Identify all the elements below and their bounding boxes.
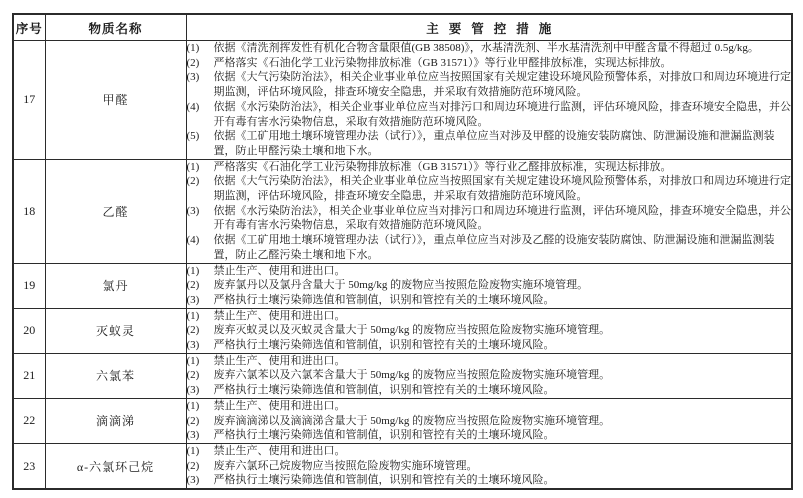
table-row: 20 灭蚁灵 (1) 禁止生产、使用和进出口。 (2) 废弃灭蚁灵以及灭蚁灵含量…	[13, 308, 792, 353]
measure-number: (2)	[187, 414, 214, 429]
measure-text: 依据《清洗剂挥发性有机化合物含量限值(GB 38508)》，水基清洗剂、半水基清…	[214, 41, 792, 56]
col-header-substance: 物质名称	[45, 14, 186, 41]
measure-item: (4) 依据《工矿用地土壤环境管理办法（试行）》，重点单位应当对涉及乙醛的设施安…	[187, 233, 792, 262]
measure-number: (3)	[187, 338, 214, 353]
measure-text: 废弃滴滴涕以及滴滴涕含量大于 50mg/kg 的废物应当按照危险废物实施环境管理…	[214, 414, 792, 429]
measure-text: 依据《水污染防治法》，相关企业事业单位应当对排污口和周边环境进行监测，评估环境风…	[214, 204, 792, 233]
measure-number: (3)	[187, 383, 214, 398]
measures-list: (1) 禁止生产、使用和进出口。 (2) 废弃氯丹以及氯丹含量大于 50mg/k…	[187, 264, 792, 308]
measures-cell: (1) 依据《清洗剂挥发性有机化合物含量限值(GB 38508)》，水基清洗剂、…	[186, 41, 792, 160]
table-row: 21 六氯苯 (1) 禁止生产、使用和进出口。 (2) 废弃六氯苯以及六氯苯含量…	[13, 353, 792, 398]
measure-text: 废弃灭蚁灵以及灭蚁灵含量大于 50mg/kg 的废物应当按照危险废物实施环境管理…	[214, 323, 792, 338]
measure-item: (3) 严格执行土壤污染筛选值和管制值，识别和管控有关的土壤环境风险。	[187, 428, 792, 443]
measure-text: 禁止生产、使用和进出口。	[214, 399, 792, 414]
measure-item: (1) 禁止生产、使用和进出口。	[187, 264, 792, 279]
measure-text: 废弃六氯苯以及六氯苯含量大于 50mg/kg 的废物应当按照危险废物实施环境管理…	[214, 368, 792, 383]
measure-text: 废弃六氯环己烷废物应当按照危险废物实施环境管理。	[214, 459, 792, 474]
measures-list: (1) 禁止生产、使用和进出口。 (2) 废弃灭蚁灵以及灭蚁灵含量大于 50mg…	[187, 309, 792, 353]
measure-item: (2) 废弃六氯苯以及六氯苯含量大于 50mg/kg 的废物应当按照危险废物实施…	[187, 368, 792, 383]
table-row: 23 α-六氯环己烷 (1) 禁止生产、使用和进出口。 (2) 废弃六氯环己烷废…	[13, 443, 792, 489]
measure-number: (1)	[187, 444, 214, 459]
measure-number: (4)	[187, 100, 214, 115]
measure-item: (1) 禁止生产、使用和进出口。	[187, 444, 792, 459]
measures-list: (1) 禁止生产、使用和进出口。 (2) 废弃六氯环己烷废物应当按照危险废物实施…	[187, 444, 792, 488]
measure-number: (2)	[187, 368, 214, 383]
row-index: 19	[13, 263, 45, 308]
measures-cell: (1) 禁止生产、使用和进出口。 (2) 废弃灭蚁灵以及灭蚁灵含量大于 50mg…	[186, 308, 792, 353]
measures-cell: (1) 禁止生产、使用和进出口。 (2) 废弃滴滴涕以及滴滴涕含量大于 50mg…	[186, 398, 792, 443]
measure-item: (3) 严格执行土壤污染筛选值和管制值，识别和管控有关的土壤环境风险。	[187, 338, 792, 353]
measure-text: 依据《工矿用地土壤环境管理办法（试行）》，重点单位应当对涉及乙醛的设施安装防腐蚀…	[214, 233, 792, 262]
measure-text: 严格执行土壤污染筛选值和管制值，识别和管控有关的土壤环境风险。	[214, 338, 792, 353]
measure-text: 依据《水污染防治法》，相关企业事业单位应当对排污口和周边环境进行监测，评估环境风…	[214, 100, 792, 129]
measure-item: (3) 依据《水污染防治法》，相关企业事业单位应当对排污口和周边环境进行监测，评…	[187, 204, 792, 233]
measure-number: (3)	[187, 473, 214, 488]
measure-item: (3) 依据《大气污染防治法》，相关企业事业单位应当按照国家有关规定建设环境风险…	[187, 70, 792, 99]
measure-text: 严格执行土壤污染筛选值和管制值，识别和管控有关的土壤环境风险。	[214, 428, 792, 443]
measure-item: (1) 禁止生产、使用和进出口。	[187, 309, 792, 324]
measure-item: (2) 废弃氯丹以及氯丹含量大于 50mg/kg 的废物应当按照危险废物实施环境…	[187, 278, 792, 293]
measure-number: (1)	[187, 309, 214, 324]
row-index: 17	[13, 41, 45, 160]
measure-item: (2) 废弃灭蚁灵以及灭蚁灵含量大于 50mg/kg 的废物应当按照危险废物实施…	[187, 323, 792, 338]
measures-cell: (1) 禁止生产、使用和进出口。 (2) 废弃六氯苯以及六氯苯含量大于 50mg…	[186, 353, 792, 398]
row-index: 22	[13, 398, 45, 443]
substance-name: α-六氯环己烷	[45, 443, 186, 489]
table-row: 19 氯丹 (1) 禁止生产、使用和进出口。 (2) 废弃氯丹以及氯丹含量大于 …	[13, 263, 792, 308]
measure-text: 禁止生产、使用和进出口。	[214, 264, 792, 279]
measure-text: 禁止生产、使用和进出口。	[214, 444, 792, 459]
measure-text: 禁止生产、使用和进出口。	[214, 354, 792, 369]
table-row: 17 甲醛 (1) 依据《清洗剂挥发性有机化合物含量限值(GB 38508)》，…	[13, 41, 792, 160]
measure-number: (5)	[187, 129, 214, 144]
measure-item: (3) 严格执行土壤污染筛选值和管制值，识别和管控有关的土壤环境风险。	[187, 473, 792, 488]
measures-list: (1) 依据《清洗剂挥发性有机化合物含量限值(GB 38508)》，水基清洗剂、…	[187, 41, 792, 159]
measures-cell: (1) 禁止生产、使用和进出口。 (2) 废弃氯丹以及氯丹含量大于 50mg/k…	[186, 263, 792, 308]
measure-number: (2)	[187, 278, 214, 293]
table-row: 18 乙醛 (1) 严格落实《石油化学工业污染物排放标准（GB 31571）》等…	[13, 159, 792, 263]
measure-item: (3) 严格执行土壤污染筛选值和管制值，识别和管控有关的土壤环境风险。	[187, 293, 792, 308]
header-row: 序号 物质名称 主要管控措施	[13, 14, 792, 41]
substance-name: 灭蚁灵	[45, 308, 186, 353]
measure-item: (2) 废弃滴滴涕以及滴滴涕含量大于 50mg/kg 的废物应当按照危险废物实施…	[187, 414, 792, 429]
col-header-measures: 主要管控措施	[186, 14, 792, 41]
measure-number: (1)	[187, 354, 214, 369]
document-page: 序号 物质名称 主要管控措施 17 甲醛 (1) 依据《清洗剂挥发性有机化合物含…	[0, 0, 803, 498]
measure-number: (1)	[187, 160, 214, 175]
measure-item: (1) 禁止生产、使用和进出口。	[187, 399, 792, 414]
row-index: 20	[13, 308, 45, 353]
substance-name: 滴滴涕	[45, 398, 186, 443]
row-index: 23	[13, 443, 45, 489]
control-measures-table: 序号 物质名称 主要管控措施 17 甲醛 (1) 依据《清洗剂挥发性有机化合物含…	[12, 13, 793, 490]
substance-name: 六氯苯	[45, 353, 186, 398]
col-header-index: 序号	[13, 14, 45, 41]
measure-text: 严格执行土壤污染筛选值和管制值，识别和管控有关的土壤环境风险。	[214, 383, 792, 398]
measure-text: 依据《大气污染防治法》，相关企业事业单位应当按照国家有关规定建设环境风险预警体系…	[214, 70, 792, 99]
measure-item: (1) 严格落实《石油化学工业污染物排放标准（GB 31571）》等行业乙醛排放…	[187, 160, 792, 175]
measure-number: (1)	[187, 399, 214, 414]
measure-number: (1)	[187, 264, 214, 279]
measure-item: (1) 禁止生产、使用和进出口。	[187, 354, 792, 369]
measure-item: (2) 依据《大气污染防治法》，相关企业事业单位应当按照国家有关规定建设环境风险…	[187, 174, 792, 203]
measure-number: (3)	[187, 204, 214, 219]
measure-number: (2)	[187, 56, 214, 71]
measure-text: 严格落实《石油化学工业污染物排放标准（GB 31571）》等行业乙醛排放标准，实…	[214, 160, 792, 175]
measure-text: 依据《大气污染防治法》，相关企业事业单位应当按照国家有关规定建设环境风险预警体系…	[214, 174, 792, 203]
measure-item: (2) 废弃六氯环己烷废物应当按照危险废物实施环境管理。	[187, 459, 792, 474]
measure-text: 依据《工矿用地土壤环境管理办法（试行）》，重点单位应当对涉及甲醛的设施安装防腐蚀…	[214, 129, 792, 158]
measure-number: (3)	[187, 293, 214, 308]
measure-number: (3)	[187, 70, 214, 85]
measure-number: (3)	[187, 428, 214, 443]
measures-list: (1) 禁止生产、使用和进出口。 (2) 废弃滴滴涕以及滴滴涕含量大于 50mg…	[187, 399, 792, 443]
measure-number: (2)	[187, 323, 214, 338]
measure-item: (4) 依据《水污染防治法》，相关企业事业单位应当对排污口和周边环境进行监测，评…	[187, 100, 792, 129]
row-index: 18	[13, 159, 45, 263]
measure-text: 严格落实《石油化学工业污染物排放标准（GB 31571）》等行业甲醛排放标准，实…	[214, 56, 792, 71]
measures-cell: (1) 严格落实《石油化学工业污染物排放标准（GB 31571）》等行业乙醛排放…	[186, 159, 792, 263]
measures-cell: (1) 禁止生产、使用和进出口。 (2) 废弃六氯环己烷废物应当按照危险废物实施…	[186, 443, 792, 489]
measure-item: (2) 严格落实《石油化学工业污染物排放标准（GB 31571）》等行业甲醛排放…	[187, 56, 792, 71]
measure-text: 严格执行土壤污染筛选值和管制值，识别和管控有关的土壤环境风险。	[214, 473, 792, 488]
substance-name: 甲醛	[45, 41, 186, 160]
measure-text: 严格执行土壤污染筛选值和管制值，识别和管控有关的土壤环境风险。	[214, 293, 792, 308]
substance-name: 乙醛	[45, 159, 186, 263]
measure-item: (3) 严格执行土壤污染筛选值和管制值，识别和管控有关的土壤环境风险。	[187, 383, 792, 398]
measure-item: (1) 依据《清洗剂挥发性有机化合物含量限值(GB 38508)》，水基清洗剂、…	[187, 41, 792, 56]
measure-item: (5) 依据《工矿用地土壤环境管理办法（试行）》，重点单位应当对涉及甲醛的设施安…	[187, 129, 792, 158]
measure-number: (4)	[187, 233, 214, 248]
measure-number: (2)	[187, 174, 214, 189]
substance-name: 氯丹	[45, 263, 186, 308]
measures-list: (1) 严格落实《石油化学工业污染物排放标准（GB 31571）》等行业乙醛排放…	[187, 160, 792, 263]
table-row: 22 滴滴涕 (1) 禁止生产、使用和进出口。 (2) 废弃滴滴涕以及滴滴涕含量…	[13, 398, 792, 443]
measure-number: (2)	[187, 459, 214, 474]
row-index: 21	[13, 353, 45, 398]
measure-number: (1)	[187, 41, 214, 56]
measures-list: (1) 禁止生产、使用和进出口。 (2) 废弃六氯苯以及六氯苯含量大于 50mg…	[187, 354, 792, 398]
measure-text: 禁止生产、使用和进出口。	[214, 309, 792, 324]
measure-text: 废弃氯丹以及氯丹含量大于 50mg/kg 的废物应当按照危险废物实施环境管理。	[214, 278, 792, 293]
